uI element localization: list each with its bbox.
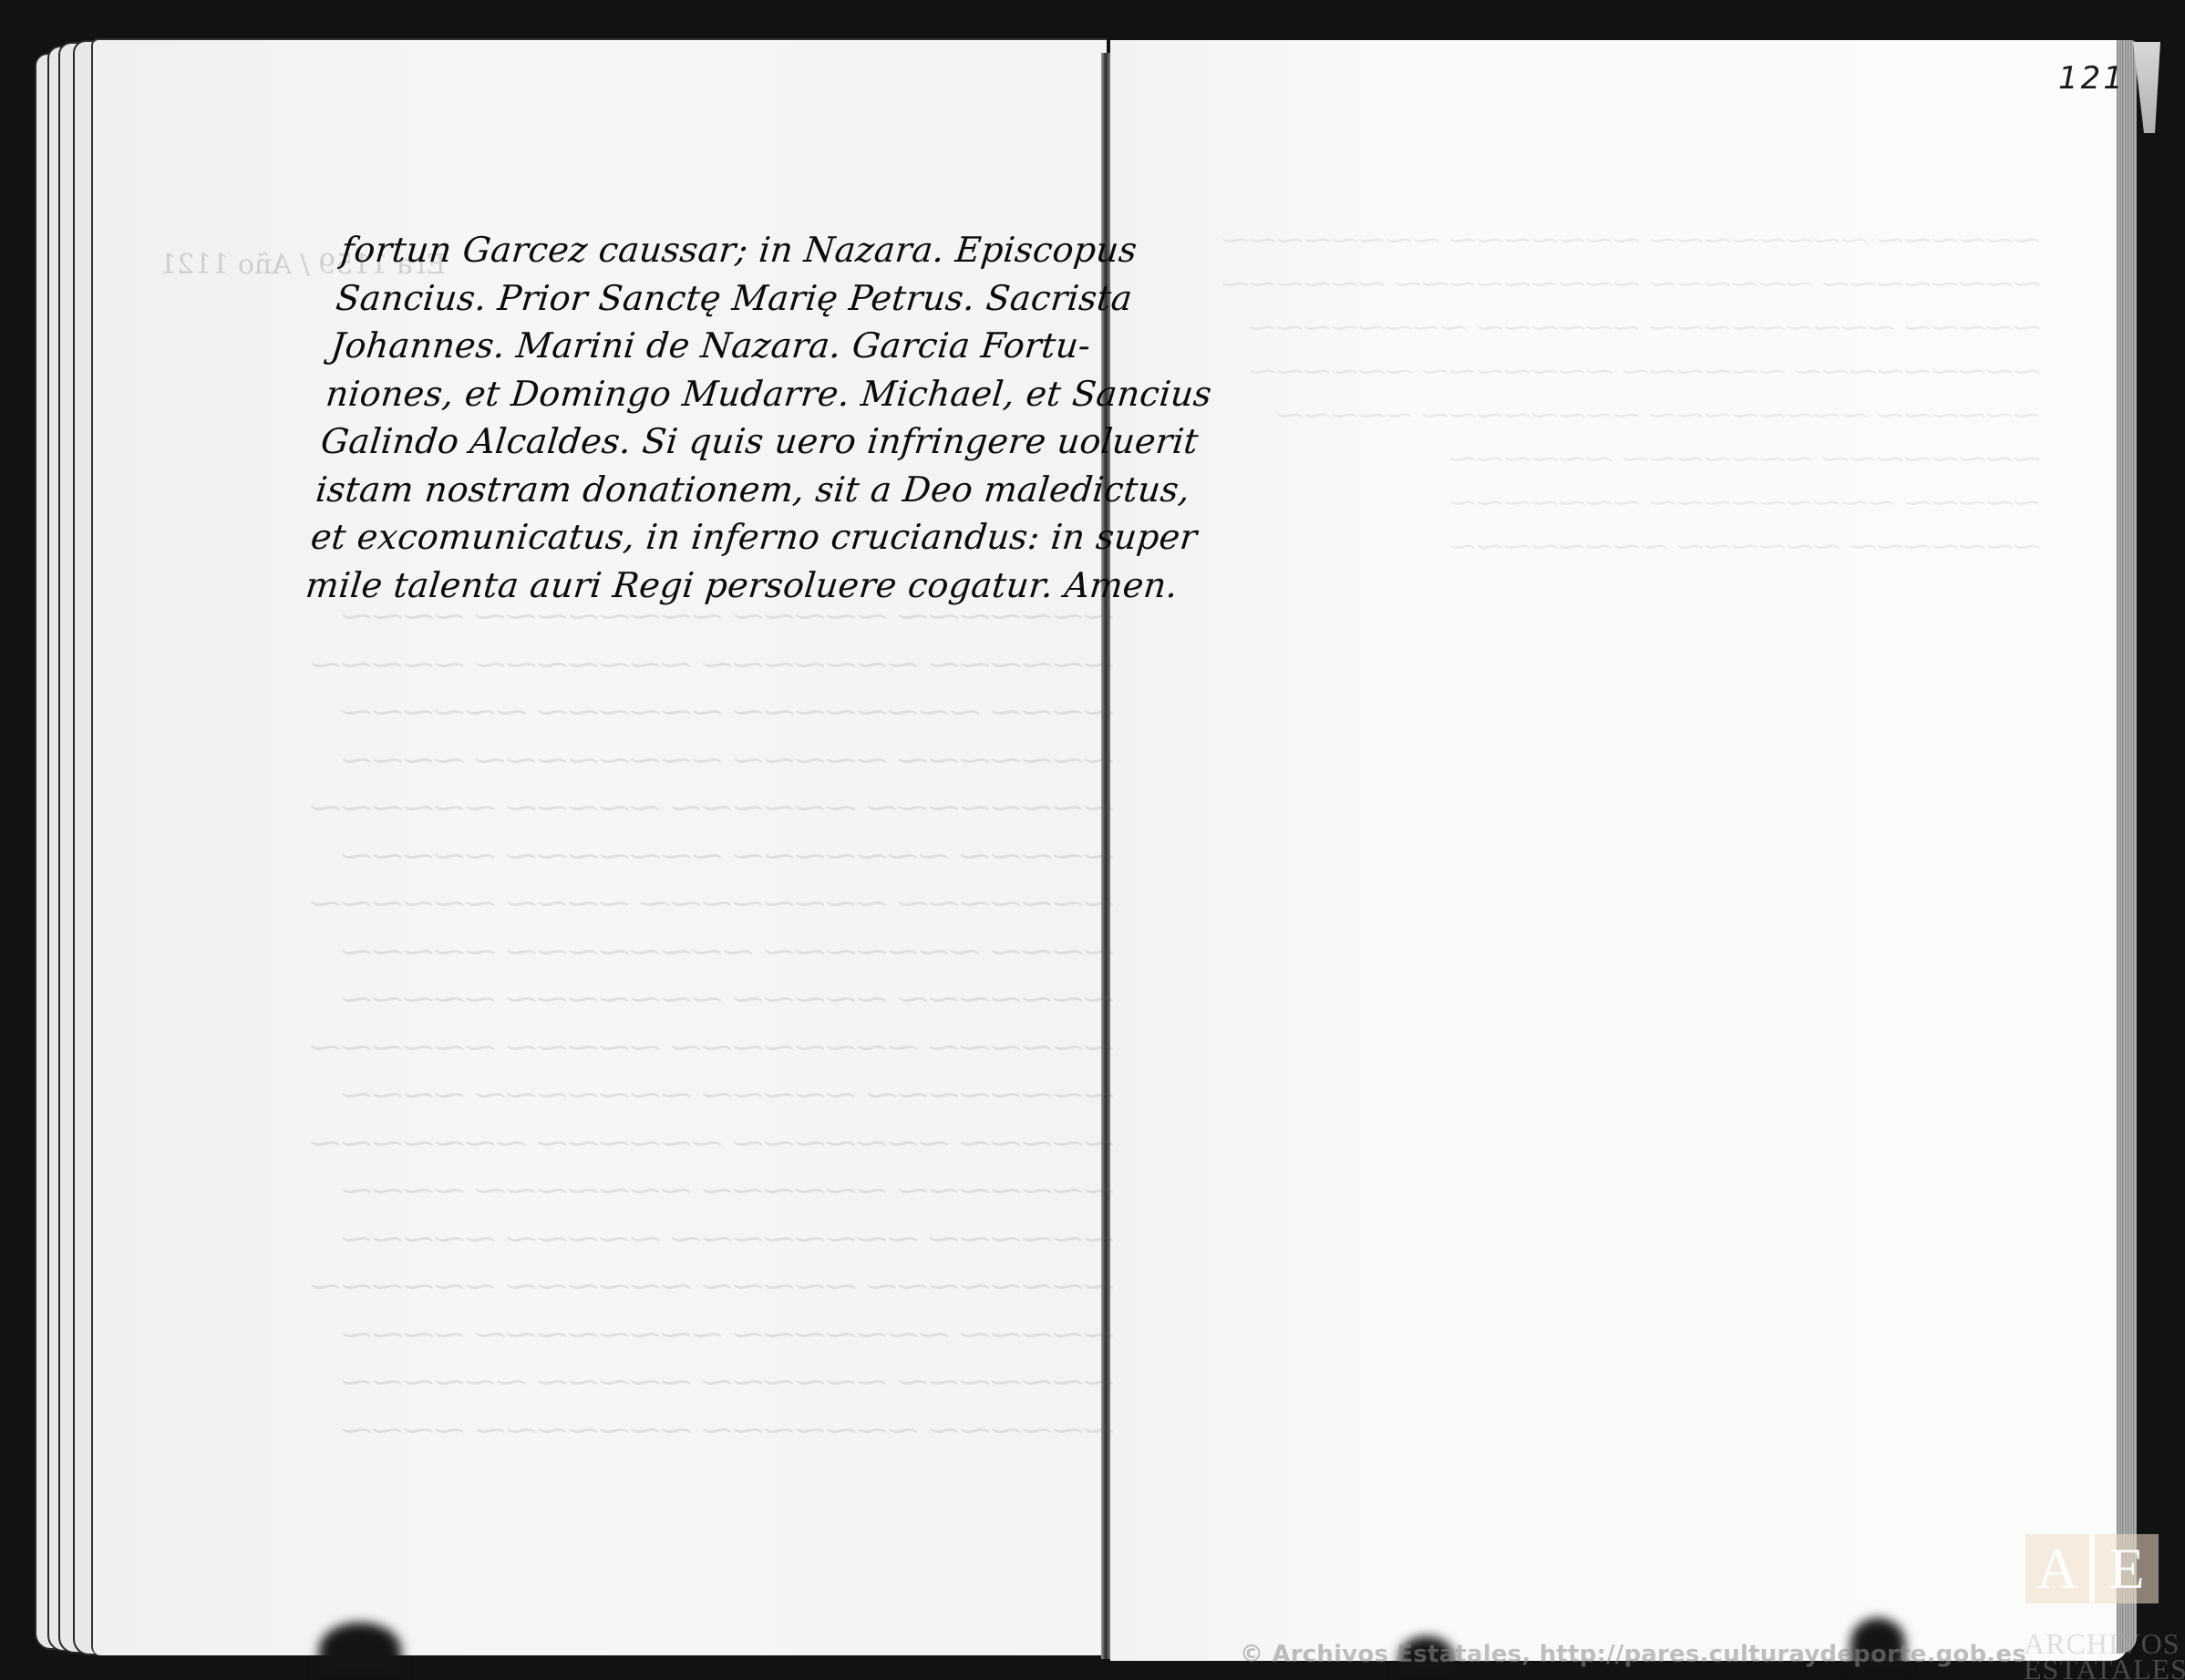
manuscript-text: fortun Garcez caussar; in Nazara. Episco…	[304, 226, 1036, 609]
text-line: Sancius. Prior Sanctę Marię Petrus. Sacr…	[334, 274, 1032, 323]
archivos-estatales-logo: A E ARCHIVOS ESTATALES	[2011, 1518, 2175, 1677]
logo-letter: A	[2025, 1534, 2089, 1603]
logo-letter: E	[2095, 1534, 2159, 1603]
right-page-edge	[2117, 40, 2137, 1654]
document-scan: ⁓⁓⁓⁓⁓⁓⁓ ⁓⁓⁓⁓⁓ ⁓⁓⁓⁓⁓⁓⁓⁓ ⁓⁓⁓⁓ ⁓⁓⁓⁓⁓⁓ ⁓⁓⁓⁓⁓…	[0, 0, 2185, 1680]
copyright-watermark: © Archivos Estatales, http://pares.cultu…	[1240, 1641, 2026, 1668]
text-line: fortun Garcez caussar; in Nazara. Episco…	[339, 226, 1037, 274]
text-line: niones, et Domingo Mudarre. Michael, et …	[324, 370, 1022, 418]
text-line: istam nostram donationem, sit a Deo male…	[314, 466, 1012, 514]
folio-number: 121	[2058, 60, 2126, 97]
text-line: et excomunicatus, in inferno cruciandus:…	[308, 513, 1006, 562]
right-page	[1110, 40, 2128, 1661]
text-line: Johannes. Marini de Nazara. Garcia Fortu…	[329, 322, 1027, 370]
page-tab-flap	[2133, 42, 2160, 133]
text-line: mile talenta auri Regi persoluere cogatu…	[304, 562, 1002, 610]
logo-text-line2: ESTATALES	[2024, 1653, 2185, 1680]
text-line: Galindo Alcaldes. Si quis uero infringer…	[318, 417, 1016, 466]
bottom-shadow	[319, 1623, 401, 1677]
